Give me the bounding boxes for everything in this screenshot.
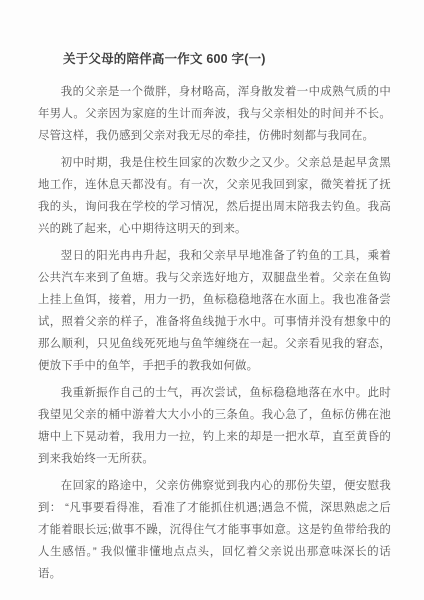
essay-paragraph-3: 翌日的阳光冉冉升起，我和父亲早早地准备了钓鱼的工具，乘着公共汽车来到了鱼塘。我与…	[38, 245, 391, 377]
essay-paragraph-1: 我的父亲是一个微胖，身材略高，浑身散发着一中成熟气质的中年男人。父亲因为家庭的生…	[38, 81, 391, 147]
document-page: 关于父母的陪伴高一作文 600 字(一) 我的父亲是一个微胖，身材略高，浑身散发…	[0, 0, 424, 600]
essay-paragraph-4: 我重新振作自己的士气，再次尝试，鱼标稳稳地落在水中。此时我望见父亲的桶中游着大大…	[38, 382, 391, 470]
essay-title: 关于父母的陪伴高一作文 600 字(一)	[38, 50, 391, 68]
essay-paragraph-5: 在回家的路途中，父亲仿佛察觉到我内心的那份失望，便安慰我到： “凡事要看得准，看…	[38, 475, 391, 585]
essay-paragraph-2: 初中时期，我是住校生回家的次数少之又少。父亲总是起早贪黑地工作，连休息天都没有。…	[38, 152, 391, 240]
